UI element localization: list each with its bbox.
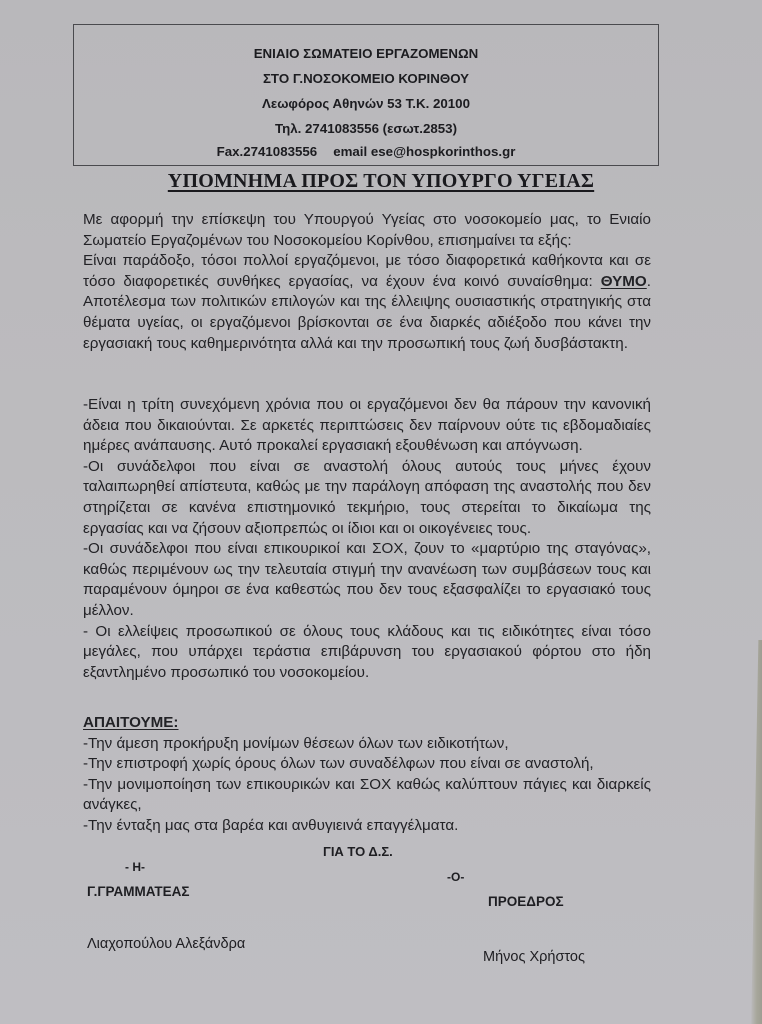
email: email ese@hospkorinthos.gr bbox=[333, 144, 515, 159]
demand-item: -Την επιστροφή χωρίς όρους όλων των συνα… bbox=[83, 754, 651, 775]
demands-heading: ΑΠΑΙΤΟΥΜΕ: bbox=[83, 713, 651, 734]
for-board-label: ΓΙΑ ΤΟ Δ.Σ. bbox=[323, 844, 393, 859]
secretary-name: Λιαχοπούλου Αλεξάνδρα bbox=[87, 936, 245, 952]
president-name: Μήνος Χρήστος bbox=[483, 949, 585, 965]
demand-item: -Την άμεση προκήρυξη μονίμων θέσεων όλων… bbox=[83, 734, 651, 755]
union-name: ΕΝΙΑΙΟ ΣΩΜΑΤΕΙΟ ΕΡΓΑΖΟΜΕΝΩΝ bbox=[74, 46, 658, 61]
demands-list: -Την άμεση προκήρυξη μονίμων θέσεων όλων… bbox=[83, 734, 651, 837]
secretary-role: Γ.ΓΡΑΜΜΑΤΕΑΣ bbox=[87, 884, 189, 899]
demand-item: -Την μονιμοποίηση των επικουρικών και ΣΟ… bbox=[83, 775, 651, 816]
hospital-name: ΣΤΟ Γ.ΝΟΣΟΚΟΜΕΙΟ ΚΟΡΙΝΘΟΥ bbox=[74, 71, 658, 86]
intro-section: Με αφορμή την επίσκεψη του Υπουργού Υγεί… bbox=[83, 210, 651, 354]
secretary-article: - Η- bbox=[125, 860, 145, 874]
intro-paradox: Είναι παράδοξο, τόσοι πολλοί εργαζόμενοι… bbox=[83, 252, 651, 290]
intro-paragraph: Είναι παράδοξο, τόσοι πολλοί εργαζόμενοι… bbox=[83, 251, 651, 354]
document-page: ΕΝΙΑΙΟ ΣΩΜΑΤΕΙΟ ΕΡΓΑΖΟΜΕΝΩΝ ΣΤΟ Γ.ΝΟΣΟΚΟ… bbox=[0, 0, 762, 1024]
contact-line: Fax.2741083556email ese@hospkorinthos.gr bbox=[74, 144, 658, 159]
address: Λεωφόρος Αθηνών 53 Τ.Κ. 20100 bbox=[74, 96, 658, 111]
title-text: ΥΠΟΜΝΗΜΑ ΠΡΟΣ ΤΟΝ ΥΠΟΥΡΓΟ ΥΓΕΙΑΣ bbox=[168, 170, 594, 192]
points-section: -Είναι η τρίτη συνεχόμενη χρόνια που οι … bbox=[83, 395, 651, 683]
emphasis-anger: ΘΥΜΟ bbox=[601, 273, 647, 290]
point-item: -Είναι η τρίτη συνεχόμενη χρόνια που οι … bbox=[83, 395, 651, 457]
fax: Fax.2741083556 bbox=[217, 144, 318, 159]
point-item: -Οι συνάδελφοι που είναι σε αναστολή όλο… bbox=[83, 457, 651, 539]
president-article: -Ο- bbox=[447, 870, 464, 884]
president-role: ΠΡΟΕΔΡΟΣ bbox=[488, 894, 564, 909]
phone: Τηλ. 2741083556 (εσωτ.2853) bbox=[74, 121, 658, 136]
point-item: - Οι ελλείψεις προσωπικού σε όλους τους … bbox=[83, 622, 651, 684]
document-title: ΥΠΟΜΝΗΜΑ ΠΡΟΣ ΤΟΝ ΥΠΟΥΡΓΟ ΥΓΕΙΑΣ bbox=[0, 170, 762, 193]
point-item: -Οι συνάδελφοι που είναι επικουρικοί και… bbox=[83, 539, 651, 621]
intro-opening: Με αφορμή την επίσκεψη του Υπουργού Υγεί… bbox=[83, 210, 651, 251]
demand-item: -Την ένταξη μας στα βαρέα και ανθυγιεινά… bbox=[83, 816, 651, 837]
letterhead-box: ΕΝΙΑΙΟ ΣΩΜΑΤΕΙΟ ΕΡΓΑΖΟΜΕΝΩΝ ΣΤΟ Γ.ΝΟΣΟΚΟ… bbox=[73, 24, 659, 166]
demands-section: ΑΠΑΙΤΟΥΜΕ: -Την άμεση προκήρυξη μονίμων … bbox=[83, 713, 651, 837]
page-edge-shadow bbox=[750, 640, 762, 1024]
